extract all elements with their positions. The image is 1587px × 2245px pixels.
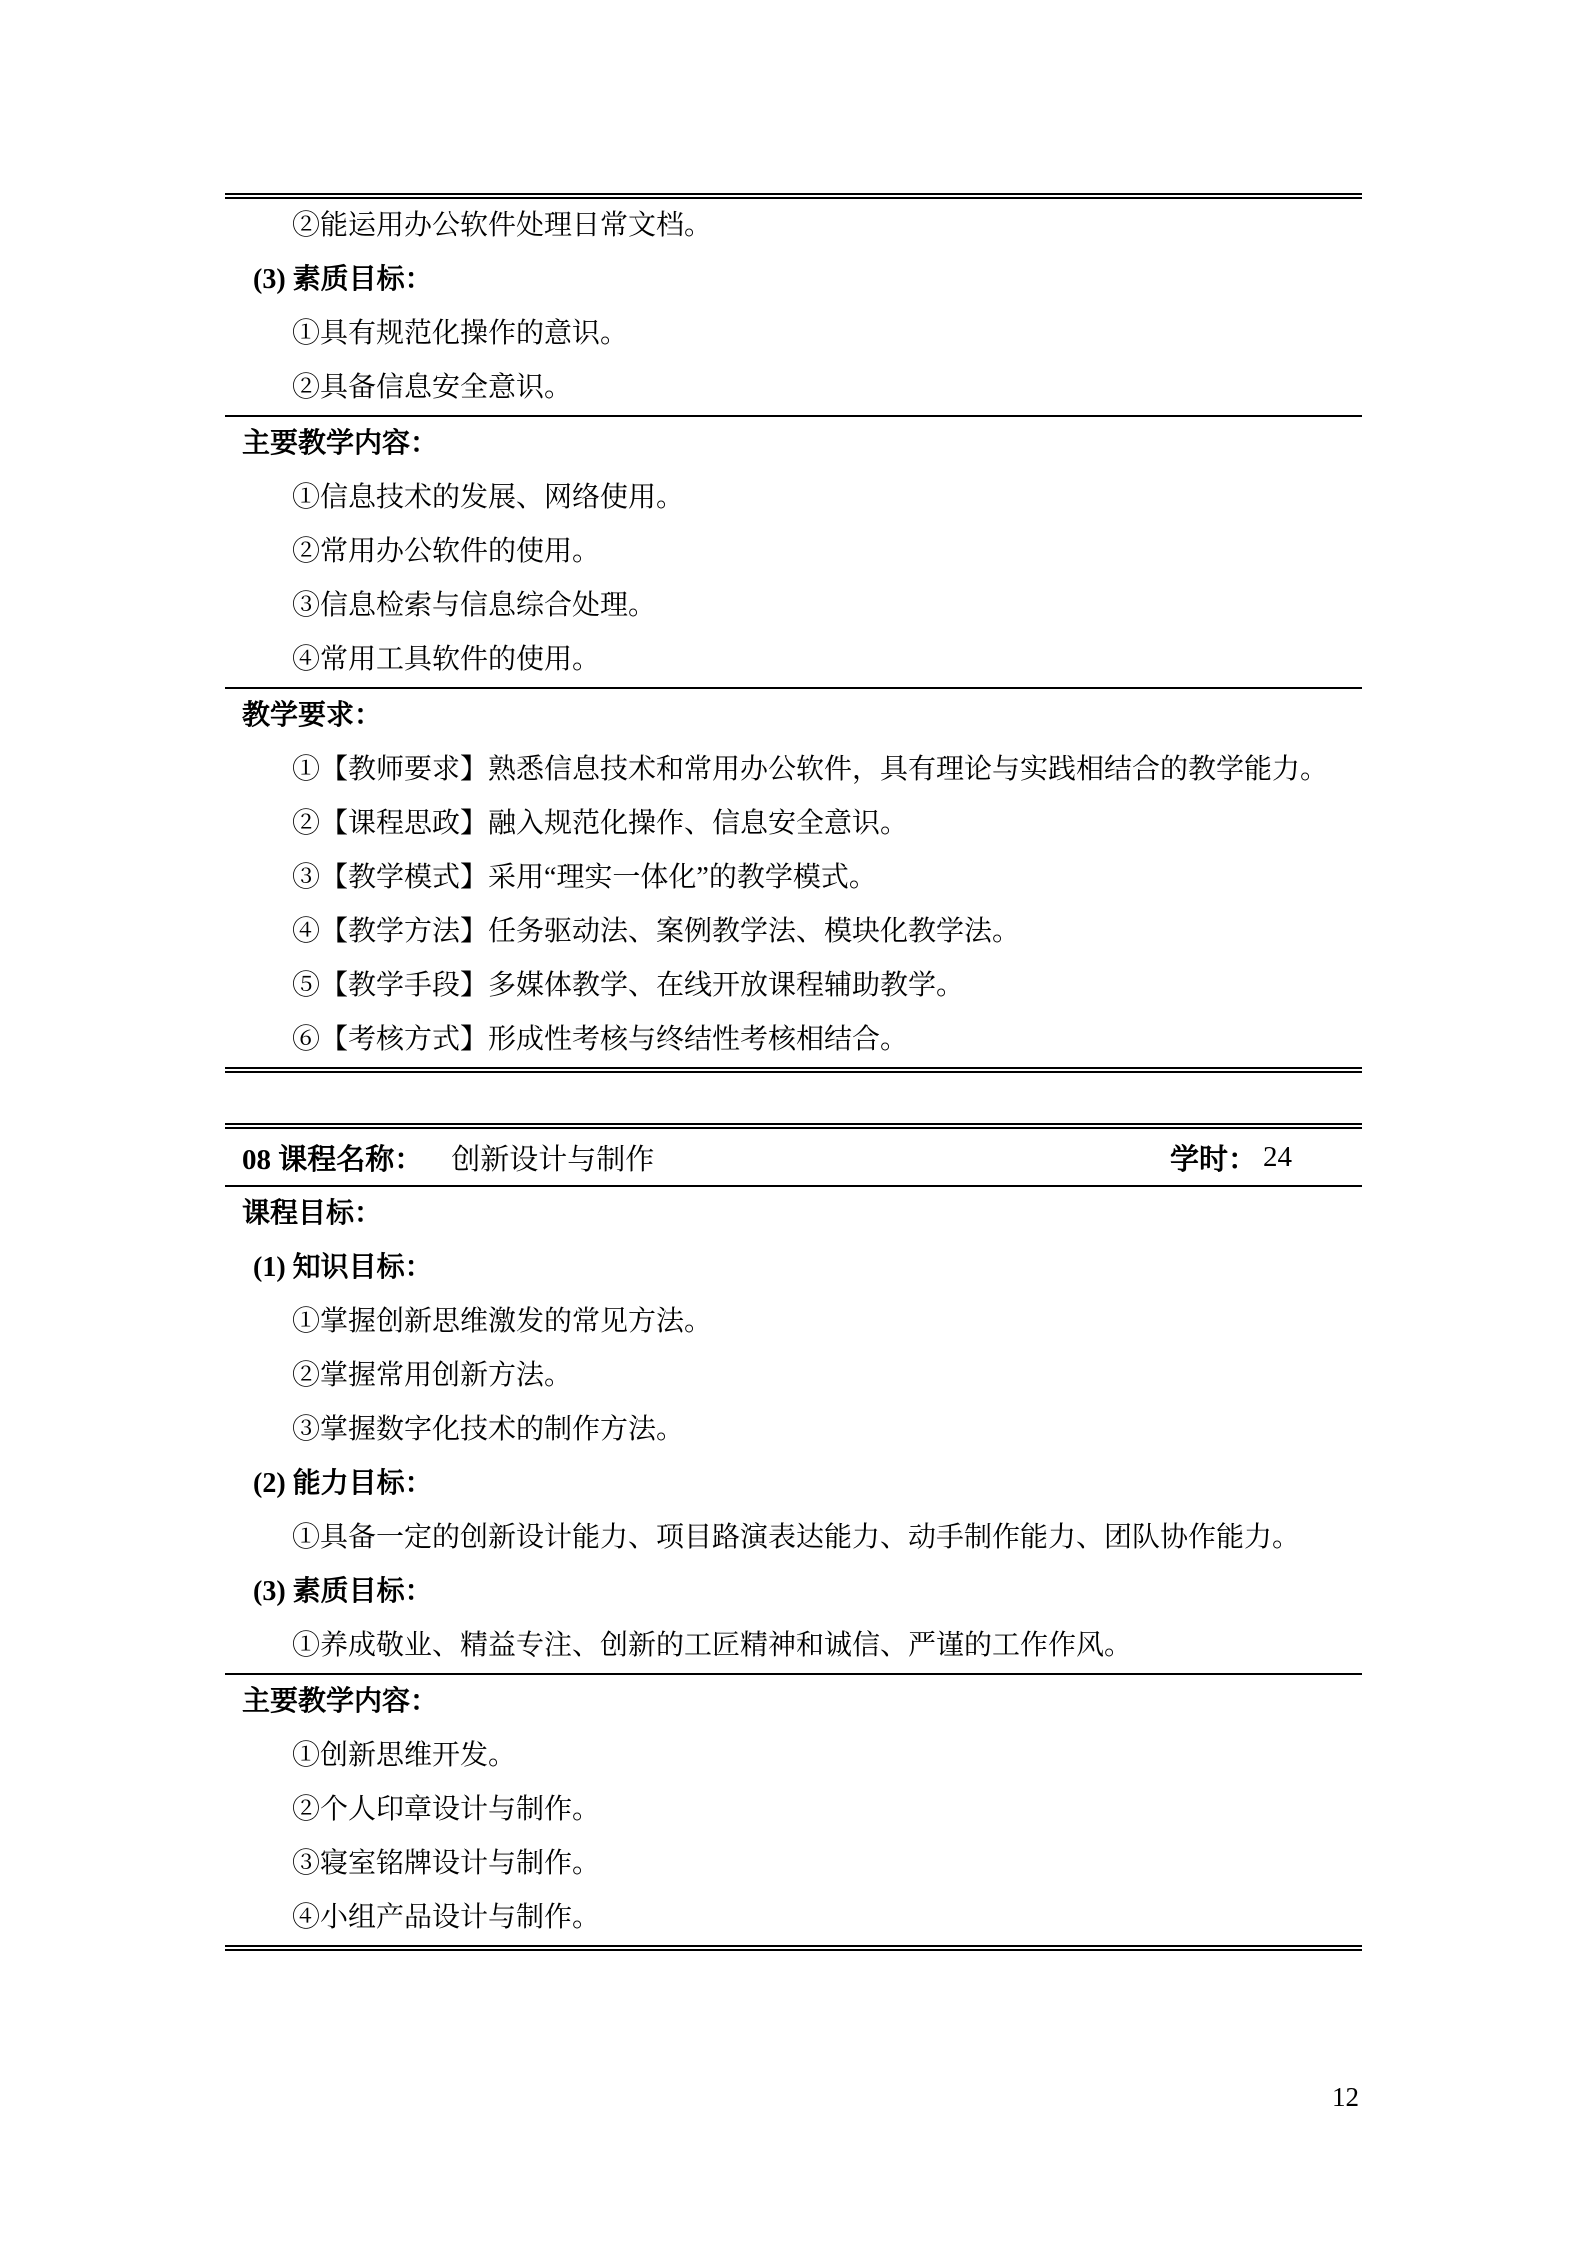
course-objectives-block: 课程目标： (1) 知识目标： ①掌握创新思维激发的常见方法。 ②掌握常用创新方… — [225, 1187, 1362, 1673]
objectives-block: ②能运用办公软件处理日常文档。 (3) 素质目标： ①具有规范化操作的意识。 ②… — [225, 199, 1362, 415]
text-line: ④【教学方法】任务驱动法、案例教学法、模块化教学法。 — [225, 905, 1362, 959]
text-line: ①具有规范化操作的意识。 — [225, 307, 1362, 361]
course-07-table: ②能运用办公软件处理日常文档。 (3) 素质目标： ①具有规范化操作的意识。 ②… — [225, 193, 1362, 1073]
text-line: ④常用工具软件的使用。 — [225, 633, 1362, 687]
text-line: ②常用办公软件的使用。 — [225, 525, 1362, 579]
text-line: ①掌握创新思维激发的常见方法。 — [225, 1295, 1362, 1349]
text-line: ①具备一定的创新设计能力、项目路演表达能力、动手制作能力、团队协作能力。 — [225, 1511, 1362, 1565]
text-line: ⑥【考核方式】形成性考核与终结性考核相结合。 — [225, 1013, 1362, 1067]
hours-label: 学时： — [1170, 1137, 1257, 1178]
section-label: 教学要求： — [225, 689, 1362, 743]
hours-value: 24 — [1263, 1141, 1292, 1174]
teaching-requirements-block: 教学要求： ①【教师要求】熟悉信息技术和常用办公软件，具有理论与实践相结合的教学… — [225, 689, 1362, 1067]
text-line: ②具备信息安全意识。 — [225, 361, 1362, 415]
text-line: ③【教学模式】采用“理实一体化”的教学模式。 — [225, 851, 1362, 905]
text-line: ②掌握常用创新方法。 — [225, 1349, 1362, 1403]
section-label: 主要教学内容： — [225, 1675, 1362, 1729]
text-line: ①信息技术的发展、网络使用。 — [225, 471, 1362, 525]
course-08-table: 08 课程名称： 创新设计与制作 学时： 24 课程目标： (1) 知识目标： … — [225, 1123, 1362, 1951]
text-line: ③掌握数字化技术的制作方法。 — [225, 1403, 1362, 1457]
section-label: 课程目标： — [225, 1187, 1362, 1241]
text-line: ①养成敬业、精益专注、创新的工匠精神和诚信、严谨的工作作风。 — [225, 1619, 1362, 1673]
text-line: ②能运用办公软件处理日常文档。 — [225, 199, 1362, 253]
teaching-content-block: 主要教学内容： ①信息技术的发展、网络使用。 ②常用办公软件的使用。 ③信息检索… — [225, 417, 1362, 687]
document-page: ②能运用办公软件处理日常文档。 (3) 素质目标： ①具有规范化操作的意识。 ②… — [0, 0, 1587, 2245]
text-line: ①【教师要求】熟悉信息技术和常用办公软件，具有理论与实践相结合的教学能力。 — [225, 743, 1362, 797]
course-number-label: 08 课程名称： — [242, 1137, 423, 1178]
text-line: ④小组产品设计与制作。 — [225, 1891, 1362, 1945]
text-line: ③信息检索与信息综合处理。 — [225, 579, 1362, 633]
text-line: ②个人印章设计与制作。 — [225, 1783, 1362, 1837]
course-header-row: 08 课程名称： 创新设计与制作 学时： 24 — [225, 1129, 1362, 1185]
course-name: 创新设计与制作 — [451, 1137, 654, 1178]
subsection-label: (1) 知识目标： — [225, 1241, 1362, 1295]
teaching-content-block: 主要教学内容： ①创新思维开发。 ②个人印章设计与制作。 ③寝室铭牌设计与制作。… — [225, 1675, 1362, 1945]
text-line: ①创新思维开发。 — [225, 1729, 1362, 1783]
subsection-label: (2) 能力目标： — [225, 1457, 1362, 1511]
text-line: ⑤【教学手段】多媒体教学、在线开放课程辅助教学。 — [225, 959, 1362, 1013]
page-number: 12 — [1332, 2082, 1359, 2113]
subsection-label: (3) 素质目标： — [225, 253, 1362, 307]
subsection-label: (3) 素质目标： — [225, 1565, 1362, 1619]
text-line: ②【课程思政】融入规范化操作、信息安全意识。 — [225, 797, 1362, 851]
text-line: ③寝室铭牌设计与制作。 — [225, 1837, 1362, 1891]
section-label: 主要教学内容： — [225, 417, 1362, 471]
